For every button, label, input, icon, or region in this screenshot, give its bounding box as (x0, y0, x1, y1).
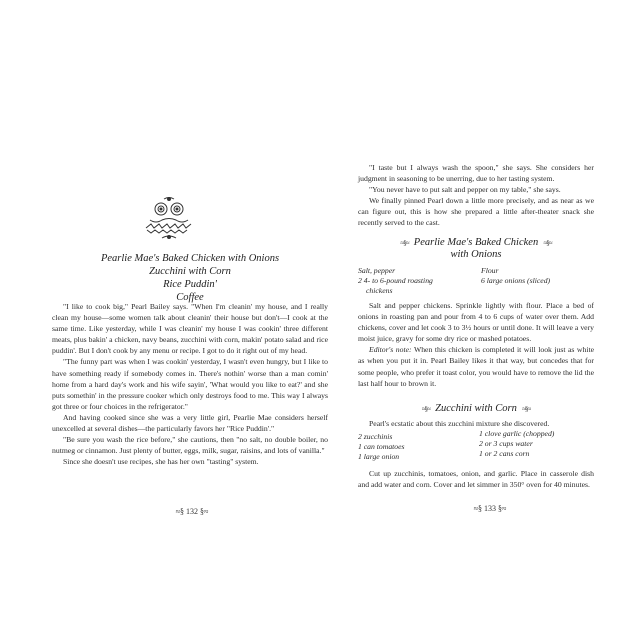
flourish-right-icon: §≈ (498, 504, 506, 513)
editor-note: Editor's note: When this chicken is comp… (358, 344, 594, 388)
method-chicken: Salt and pepper chickens. Sprinkle light… (358, 300, 594, 389)
page-number-right: ≈§ 133 §≈ (450, 504, 530, 513)
floral-ornament-icon (144, 196, 194, 242)
menu-list: Pearlie Mae's Baked Chicken with Onions … (52, 252, 328, 304)
paragraph: Pearl's ecstatic about this zucchini mix… (358, 418, 594, 429)
ingredient: Flour (481, 266, 594, 276)
ingredient: 2 or 3 cups water (479, 439, 594, 449)
ingredient: chickens (358, 286, 471, 296)
ingredient: 1 can tomatoes (358, 442, 473, 452)
title-flourish-icon: ≈§≈ (522, 405, 530, 413)
method-paragraph: Cut up zucchinis, tomatoes, onion, and g… (358, 468, 594, 490)
flourish-left-icon: ≈§ (176, 507, 184, 516)
recipe-title-line: Pearlie Mae's Baked Chicken (414, 237, 538, 248)
paragraph: "Be sure you wash the rice before," she … (52, 434, 328, 456)
ingredient: 2 zucchinis (358, 432, 473, 442)
flourish-right-icon: §≈ (200, 507, 208, 516)
left-body-text: "I like to cook big," Pearl Bailey says.… (52, 301, 328, 467)
ingredient: 1 large onion (358, 452, 473, 462)
ingredients-chicken: Salt, pepper 2 4- to 6-pound roasting ch… (358, 266, 594, 296)
title-flourish-icon: ≈§≈ (543, 239, 551, 247)
menu-item: Pearlie Mae's Baked Chicken with Onions (52, 252, 328, 265)
method-zucchini: Cut up zucchinis, tomatoes, onion, and g… (358, 468, 594, 490)
paragraph: "I like to cook big," Pearl Bailey says.… (52, 301, 328, 356)
title-flourish-icon: ≈§≈ (400, 239, 408, 247)
editor-note-label: Editor's note: (369, 345, 412, 354)
ingredient: 2 4- to 6-pound roasting (358, 276, 471, 286)
recipe-title-chicken: ≈§≈ Pearlie Mae's Baked Chicken ≈§≈ with… (358, 237, 594, 261)
paragraph: "You never have to put salt and pepper o… (358, 184, 594, 195)
recipe-title-line: Zucchini with Corn (435, 403, 517, 414)
ingredient: 1 or 2 cans corn (479, 449, 594, 459)
paragraph: And having cooked since she was a very l… (52, 412, 328, 434)
right-page: "I taste but I always wash the spoon," s… (358, 0, 594, 640)
ingredient: 6 large onions (sliced) (481, 276, 594, 286)
recipe-title-line: with Onions (358, 249, 594, 261)
menu-item: Zucchini with Corn (52, 265, 328, 278)
ingredient: Salt, pepper (358, 266, 471, 276)
left-page: Pearlie Mae's Baked Chicken with Onions … (52, 0, 328, 640)
paragraph: "I taste but I always wash the spoon," s… (358, 162, 594, 184)
zucchini-intro: Pearl's ecstatic about this zucchini mix… (358, 418, 594, 429)
paragraph: We finally pinned Pearl down a little mo… (358, 195, 594, 228)
ingredient: 1 clove garlic (chopped) (479, 429, 594, 439)
paragraph: "The funny part was when I was cookin' y… (52, 356, 328, 411)
ingredients-zucchini: 2 zucchinis 1 can tomatoes 1 large onion… (358, 432, 594, 462)
page-number-left: ≈§ 132 §≈ (152, 507, 232, 516)
title-flourish-icon: ≈§≈ (422, 405, 430, 413)
menu-item: Rice Puddin' (52, 278, 328, 291)
flourish-left-icon: ≈§ (474, 504, 482, 513)
intro-text: "I taste but I always wash the spoon," s… (358, 162, 594, 229)
page-number: 133 (484, 504, 496, 513)
paragraph: Since she doesn't use recipes, she has h… (52, 456, 328, 467)
recipe-title-zucchini: ≈§≈ Zucchini with Corn ≈§≈ (358, 403, 594, 415)
method-paragraph: Salt and pepper chickens. Sprinkle light… (358, 300, 594, 344)
page-number: 132 (186, 507, 198, 516)
